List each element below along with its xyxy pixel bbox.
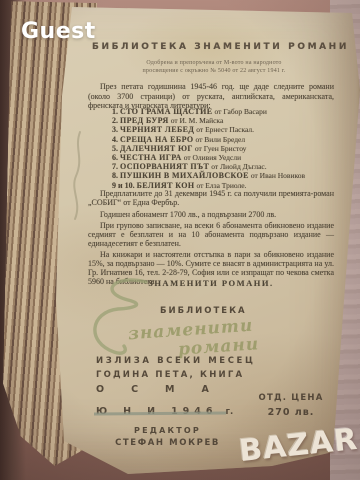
book-author: от Вили Бредел [195, 135, 245, 144]
book-author: от Гуен Бристоу [195, 144, 247, 153]
book-list-item: 5. ДАЛЕЧНИЯТ ЮГ от Гуен Бристоу [112, 144, 337, 153]
price-value: 270 лв. [252, 407, 330, 418]
book-author: от И. М. Майска [171, 116, 224, 125]
book-list-item: 3. ЧЕРНИЯТ ЛЕБЕД от Ернест Паскал. [112, 125, 337, 134]
premium-note: Предплатилите до 31 декември 1945 г. са … [88, 189, 334, 207]
footer-month-year-row: ЮНИ1946г. [96, 399, 233, 418]
book-number: 2. [112, 116, 118, 125]
book-list-item: 6. ЧЕСТНА ИГРА от Оливия Уедсли [112, 153, 337, 162]
book-title: ОСПОРВАНИЯТ ПЪТ [120, 162, 209, 171]
pencil-margin-scribble [66, 128, 92, 223]
book-title: ПУШКИН В МИХАЙЛОВСКОЕ [120, 171, 249, 180]
approval-note-line1: Одобрена и препоръчена от М-вото на наро… [108, 60, 320, 68]
footer-volume-osma: ОСМА [96, 384, 236, 395]
book-author: от Иван Новиков [251, 171, 305, 180]
book-list-item: 4. СРЕЩА НА ЕБРО от Вили Бредел [112, 135, 337, 144]
book-title: СРЕЩА НА ЕБРО [120, 135, 193, 144]
editor-name: СТЕФАН МОКРЕВ [95, 438, 240, 448]
book-list-item: 1. СТО ГРАМА ЩАСТИЕ от Габор Васари [112, 107, 337, 116]
approval-note-line2: просвещение с окръжно № 5040 от 22 авгус… [108, 68, 320, 76]
editor-block: РЕДАКТОР СТЕФАН МОКРЕВ [95, 426, 240, 448]
photo-of-book-page: БИБЛИОТЕКА ЗНАМЕНИТИ РОМАНИ Одобрена и п… [0, 0, 360, 480]
book-title: СТО ГРАМА ЩАСТИЕ [120, 107, 213, 116]
book-title: ПРЕД БУРЯ [120, 116, 169, 125]
footer-year-line: ГОДИНА ПЕТА, КНИГА [96, 370, 244, 380]
guest-user-label: Guest [21, 19, 96, 44]
book-number: 7. [112, 162, 118, 171]
book-number: 5. [112, 144, 118, 153]
book-list-item: 8. ПУШКИН В МИХАЙЛОВСКОЕ от Иван Новиков [112, 171, 337, 180]
book-number: 4. [112, 135, 118, 144]
footer-monthly-line: ИЗЛИЗА ВСЕКИ МЕСЕЦ [96, 356, 255, 366]
book-number: 1. [112, 107, 118, 116]
footer-biblioteka-label: БИБЛИОТЕКА [160, 306, 247, 316]
approval-note: Одобрена и препоръчена от М-вото на наро… [108, 60, 320, 75]
book-title: ЧЕРНИЯТ ЛЕБЕД [120, 125, 194, 134]
price-label: ОТД. ЦЕНА [252, 393, 330, 403]
book-number: 8. [112, 171, 118, 180]
book-author: от Лиойд Дъглас. [211, 162, 266, 171]
subscription-price-note: Годишен абонамент 1700 лв., а подвързани… [88, 210, 334, 219]
book-number: 6. [112, 153, 118, 162]
editor-label: РЕДАКТОР [95, 426, 240, 435]
book-title: ДАЛЕЧНИЯТ ЮГ [120, 144, 193, 153]
book-title: ЧЕСТНА ИГРА [120, 153, 182, 162]
book-list: 1. СТО ГРАМА ЩАСТИЕ от Габор Васари 2. П… [112, 107, 337, 190]
book-list-item: 2. ПРЕД БУРЯ от И. М. Майска [112, 116, 337, 125]
book-number: 3. [112, 125, 118, 134]
group-subscription-note: При групово записване, на всеки 6 абонам… [88, 221, 334, 248]
footer-year-suffix: г. [226, 407, 234, 417]
book-author: от Габор Васари [215, 107, 267, 116]
series-title: БИБЛИОТЕКА ЗНАМЕНИТИ РОМАНИ [92, 42, 342, 52]
book-author: от Ернест Паскал. [196, 125, 254, 134]
pencil-flourish-mark [84, 276, 179, 361]
book-author: от Оливия Уедсли [184, 153, 241, 162]
price-block: ОТД. ЦЕНА 270 лв. [252, 393, 330, 418]
